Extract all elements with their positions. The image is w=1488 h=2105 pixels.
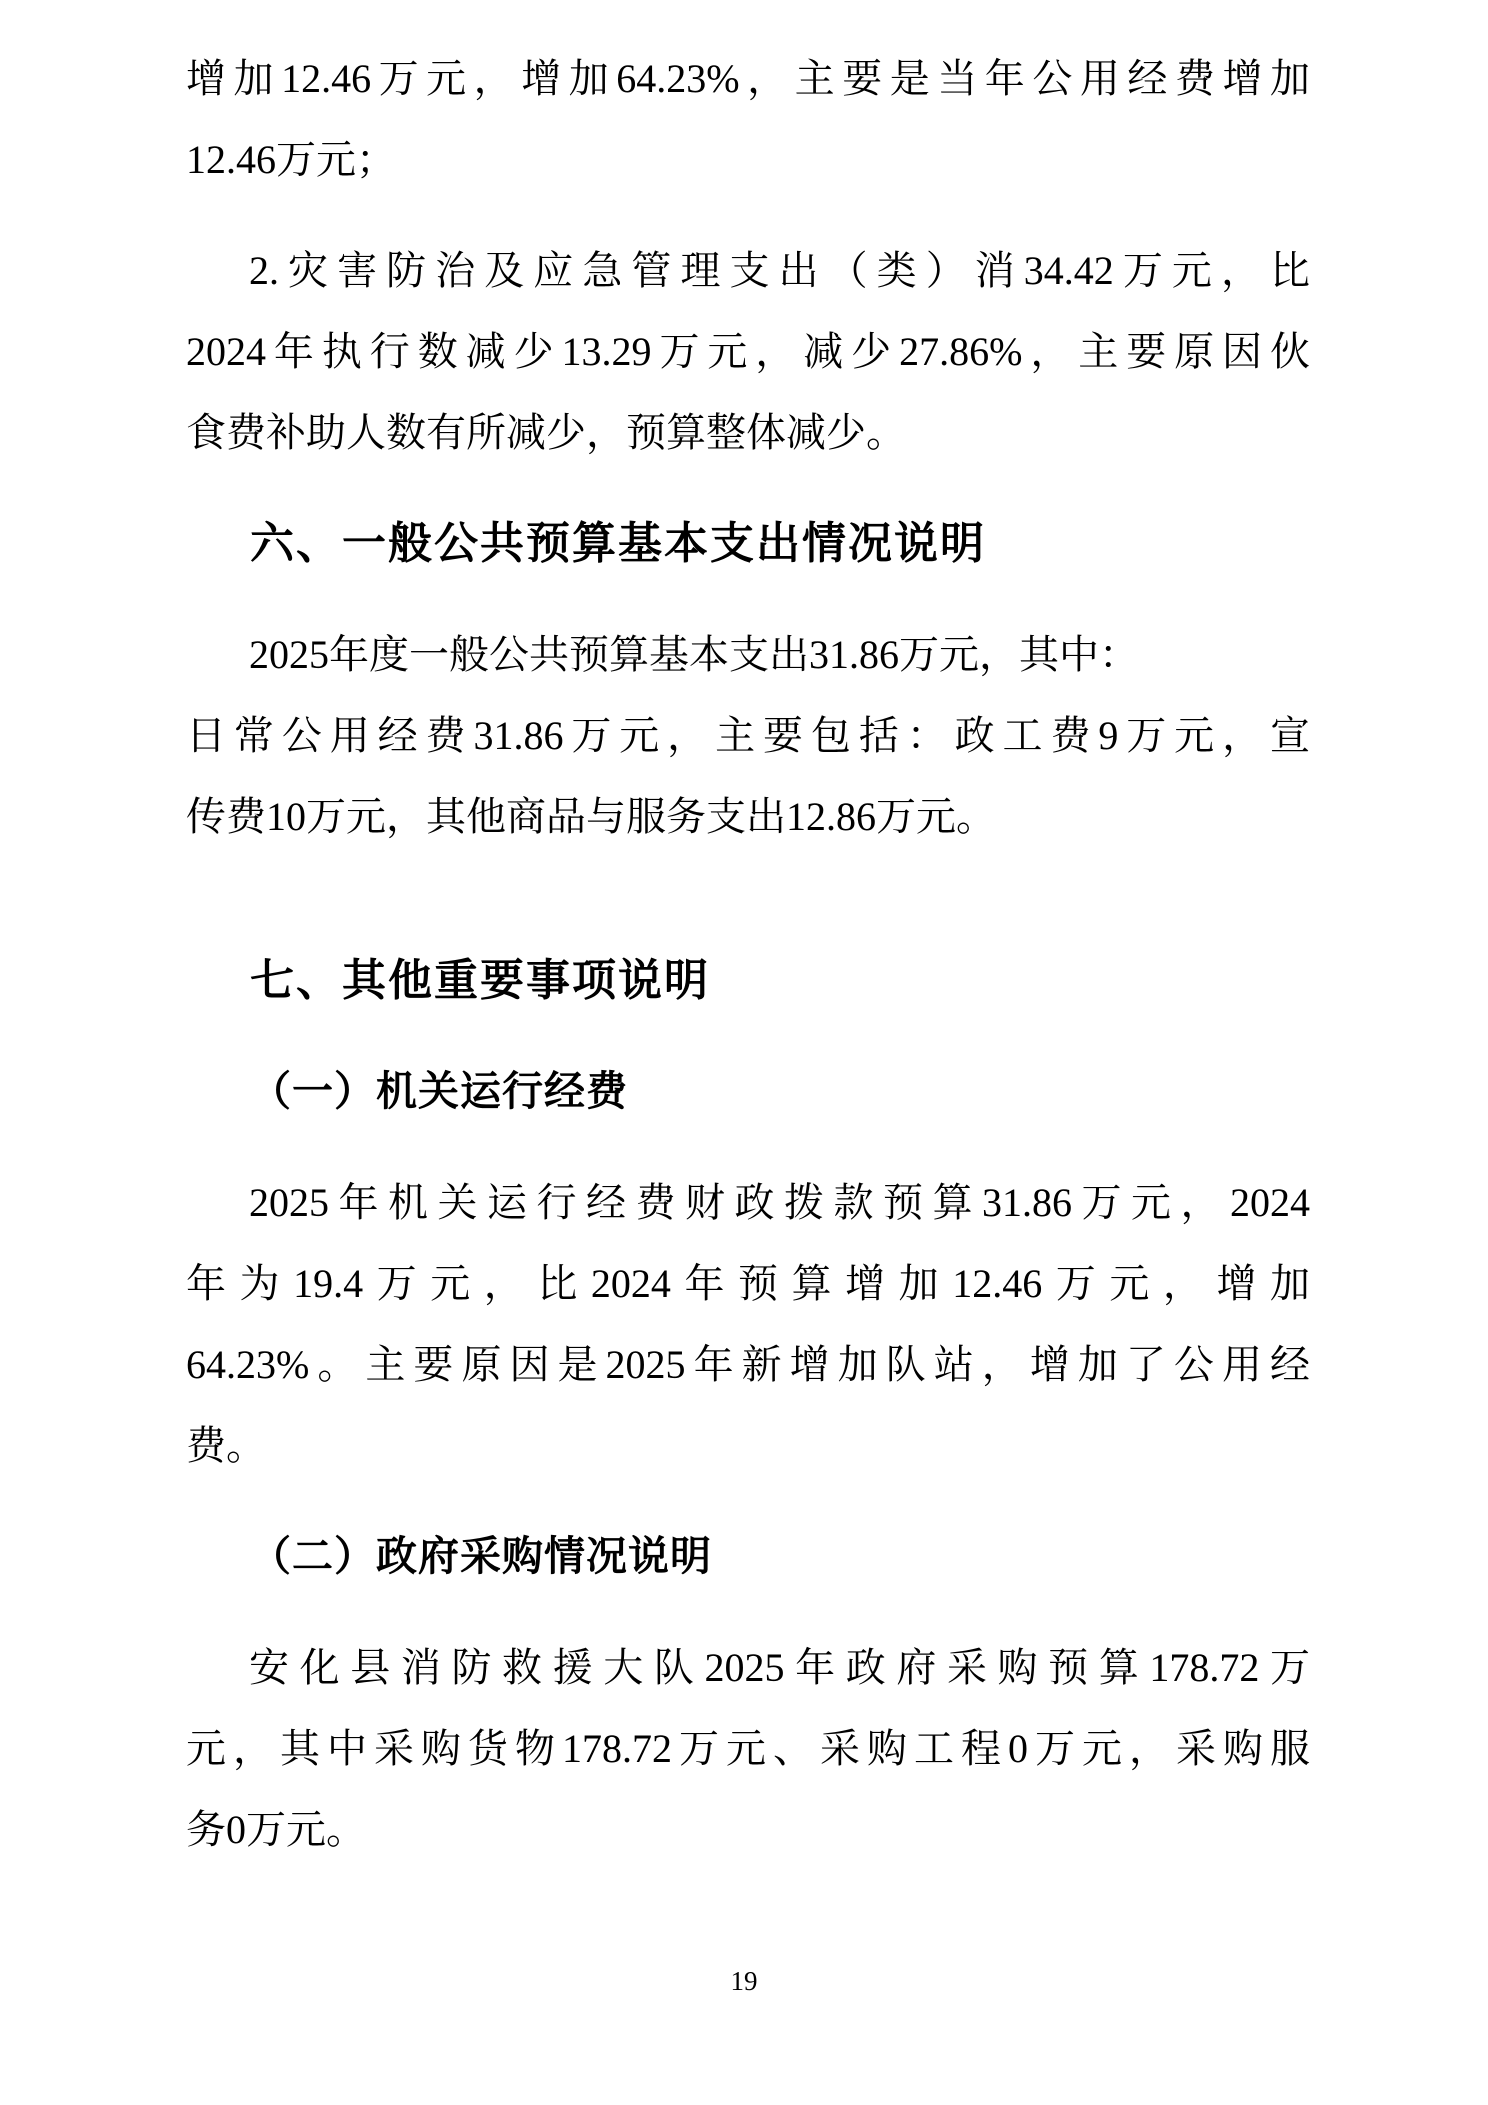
body-line: 年为19.4万元，比2024年预算增加12.46万元，增加 (186, 1243, 1310, 1324)
body-line: 2024年执行数减少13.29万元，减少27.86%，主要原因伙 (186, 311, 1310, 392)
body-line: 日常公用经费31.86万元，主要包括：政工费9万元，宣 (186, 695, 1310, 776)
page-number: 19 (0, 1968, 1488, 1995)
body-line: 12.46万元； (186, 119, 1310, 200)
body-line: 元，其中采购货物178.72万元、采购工程0万元，采购服 (186, 1708, 1310, 1789)
body-line: 64.23%。主要原因是2025年新增加队站，增加了公用经 (186, 1324, 1310, 1405)
body-line: 传费10万元，其他商品与服务支出12.86万元。 (186, 776, 1310, 857)
paragraph-procurement: 安化县消防救援大队2025年政府采购预算178.72万 元，其中采购货物178.… (186, 1627, 1310, 1870)
paragraph-operating-funds: 2025年机关运行经费财政拨款预算31.86万元，2024 年为19.4万元，比… (186, 1162, 1310, 1486)
body-line: 费。 (186, 1405, 1310, 1486)
heading-section-six: 六、一般公共预算基本支出情况说明 (186, 503, 1310, 584)
document-page: 增加12.46万元，增加64.23%，主要是当年公用经费增加 12.46万元； … (0, 0, 1488, 2105)
body-line: 2025年度一般公共预算基本支出31.86万元，其中： (186, 614, 1310, 695)
paragraph-carryover: 增加12.46万元，增加64.23%，主要是当年公用经费增加 12.46万元； (186, 38, 1310, 200)
document-content: 增加12.46万元，增加64.23%，主要是当年公用经费增加 12.46万元； … (0, 0, 1488, 1870)
body-line: 增加12.46万元，增加64.23%，主要是当年公用经费增加 (186, 38, 1310, 119)
paragraph-disaster-management: 2.灾害防治及应急管理支出（类）消34.42万元，比 2024年执行数减少13.… (186, 230, 1310, 473)
subheading-government-procurement: （二）政府采购情况说明 (186, 1516, 1310, 1597)
subheading-agency-operating-funds: （一）机关运行经费 (186, 1051, 1310, 1132)
body-line: 2025年机关运行经费财政拨款预算31.86万元，2024 (186, 1162, 1310, 1243)
body-line: 2.灾害防治及应急管理支出（类）消34.42万元，比 (186, 230, 1310, 311)
body-line: 安化县消防救援大队2025年政府采购预算178.72万 (186, 1627, 1310, 1708)
heading-section-seven: 七、其他重要事项说明 (186, 940, 1310, 1021)
body-line: 务0万元。 (186, 1789, 1310, 1870)
paragraph-basic-expense: 2025年度一般公共预算基本支出31.86万元，其中： 日常公用经费31.86万… (186, 614, 1310, 857)
body-line: 食费补助人数有所减少，预算整体减少。 (186, 392, 1310, 473)
